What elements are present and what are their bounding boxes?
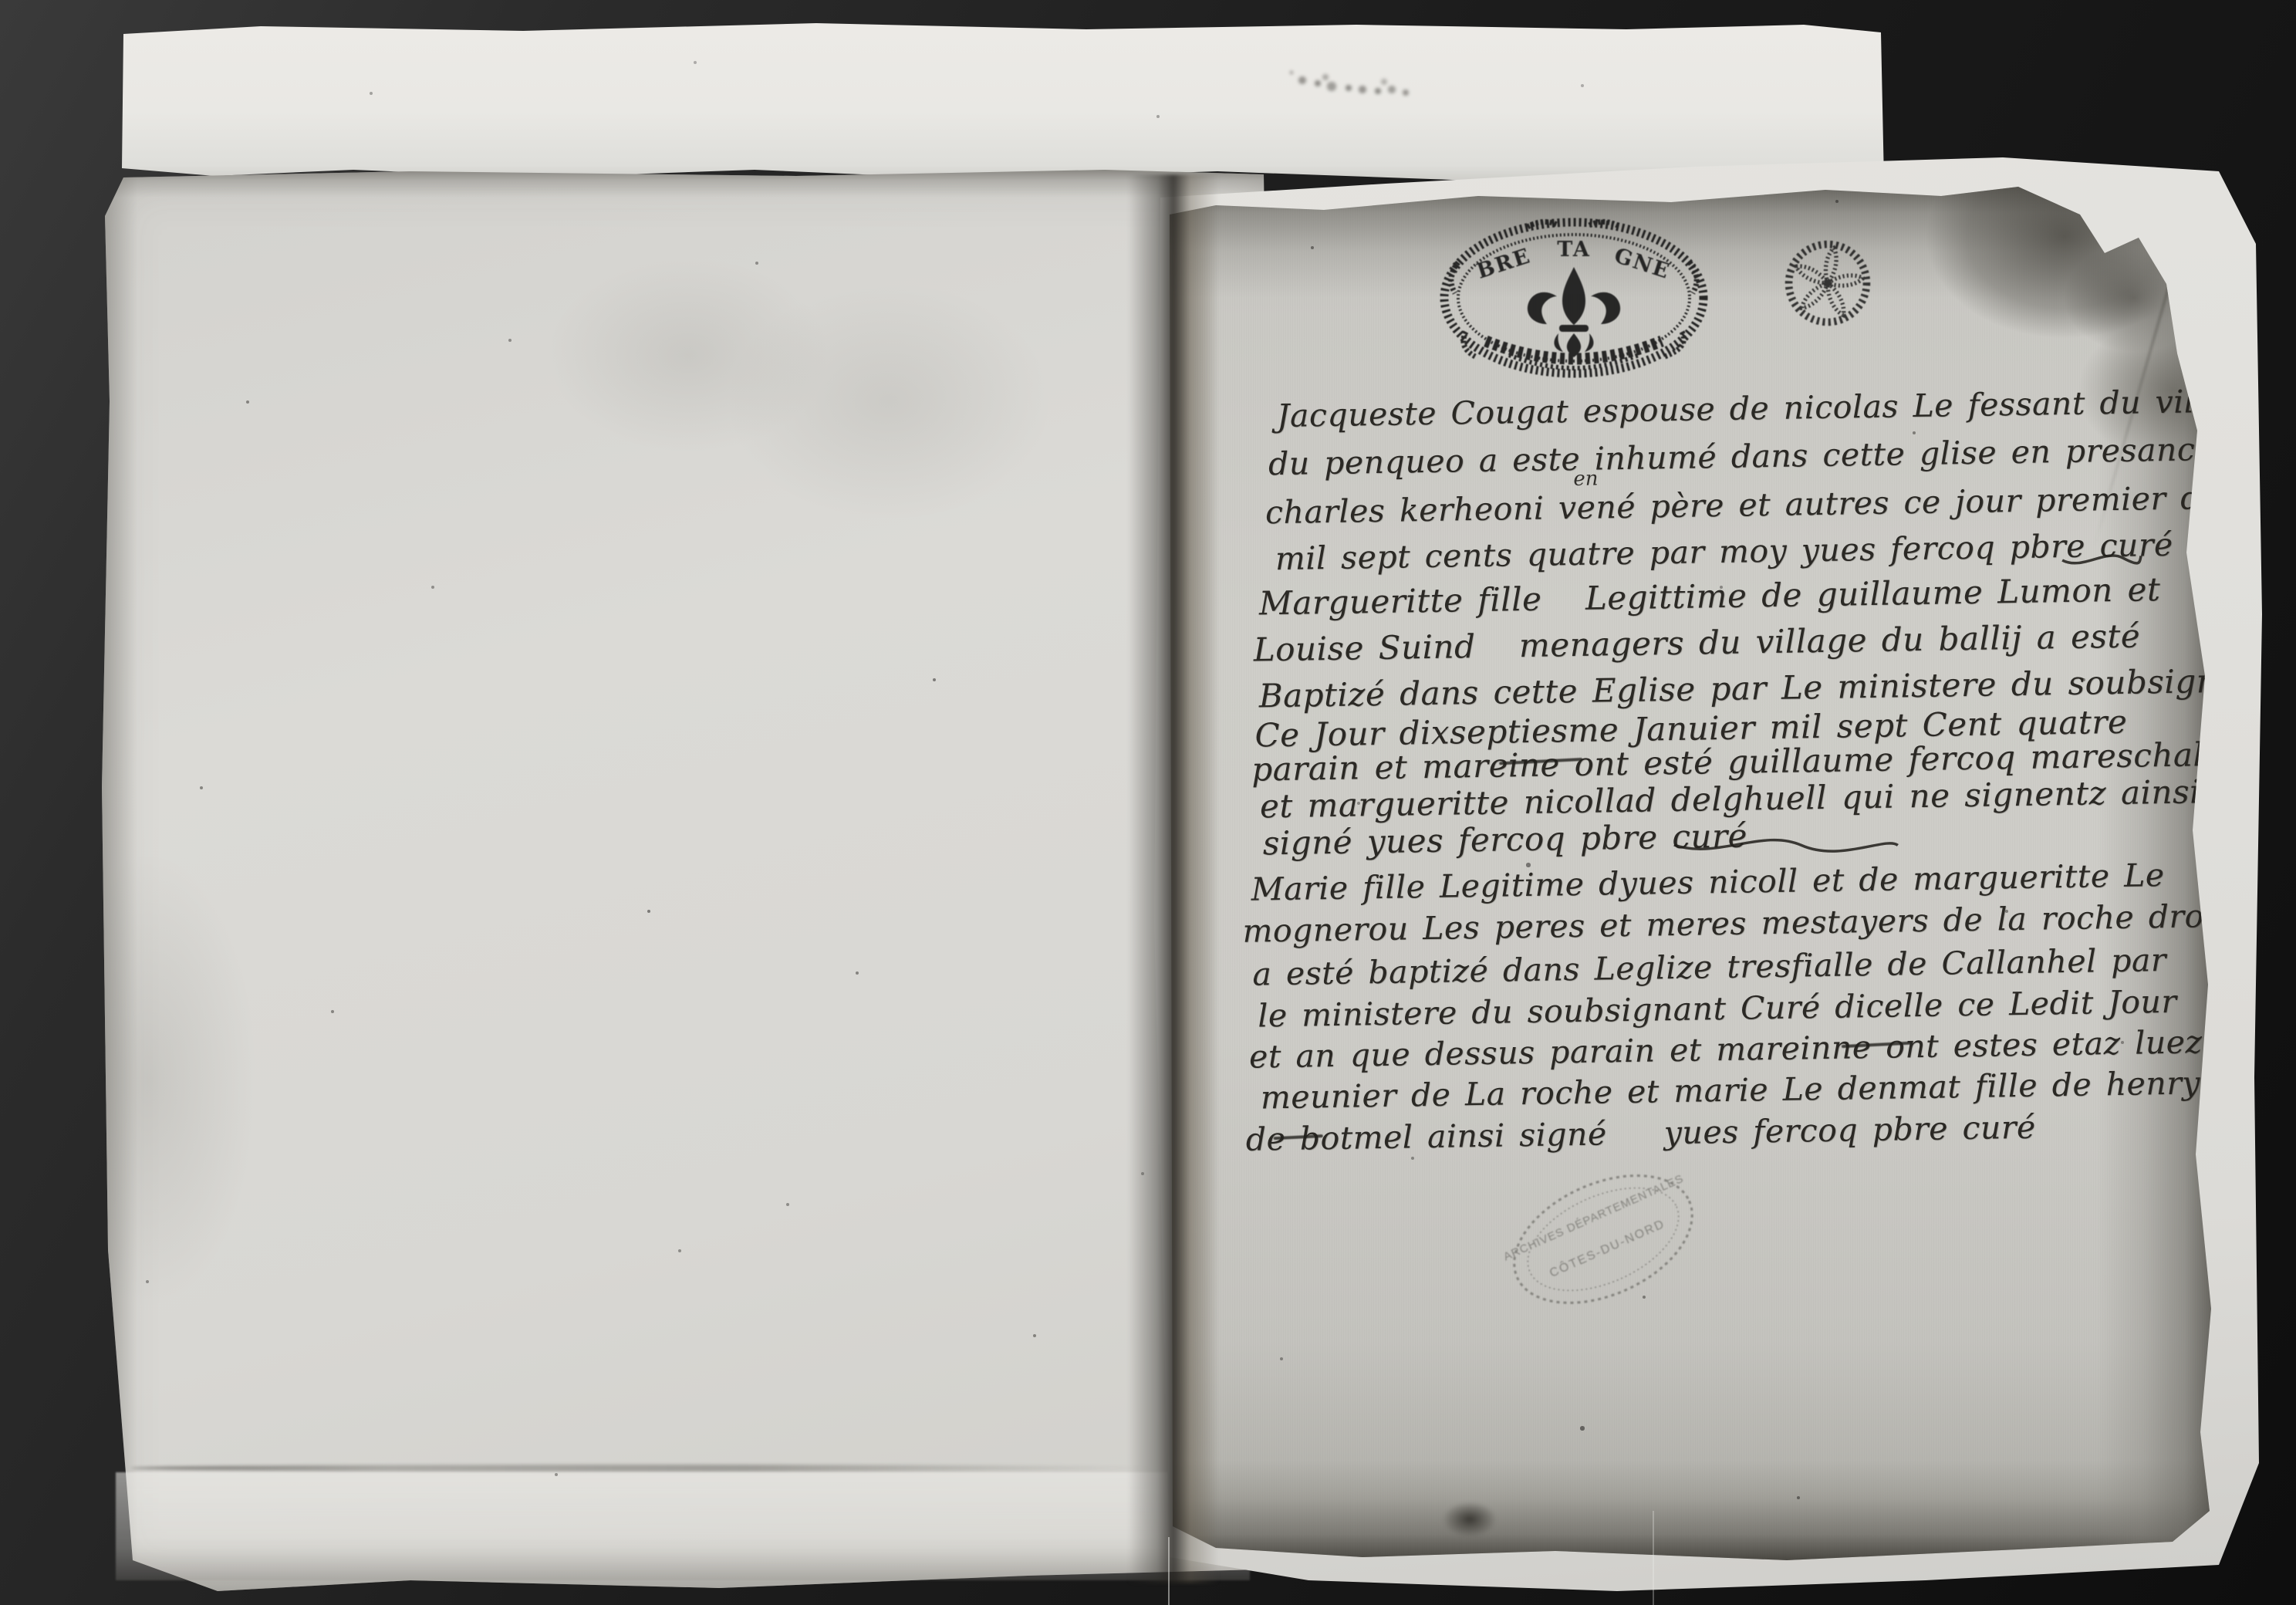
faint-pencil-smudge [1290,71,1293,74]
scan-scratch-artifact [1168,1537,1170,1605]
right-manuscript-page: BRE TA GNE [1170,182,2220,1560]
pen-flourish [1670,822,1902,864]
manuscript-line: Louise Suind menagers du village du ball… [1253,617,2140,668]
handwritten-records: Jacqueste Cougat espouse de nicolas Le f… [1166,167,2238,1562]
underlying-sheet-top-edge [122,22,1884,185]
scanned-register-spread: BRE TA GNE [0,0,2296,1605]
dust-speckles [0,0,2,2]
pen-flourish [2059,543,2145,573]
manuscript-line: charles kerheoni vené père et autres ce … [1265,478,2285,532]
left-blank-page [102,170,1268,1591]
left-page-bottom-edge [116,1472,1250,1580]
manuscript-line: Margueritte fille Legittime de guillaume… [1258,570,2160,622]
manuscript-line: mil sept cents quatre par moy yues ferco… [1275,526,2174,577]
manuscript-line: de botmel ainsi signé yues fercoq pbre c… [1245,1109,2036,1158]
manuscript-line: du penqueo a este inhumé dans cette glis… [1268,430,2269,482]
left-page-crease [131,1465,1157,1472]
manuscript-line: Jacqueste Cougat espouse de nicolas Le f… [1277,382,2254,434]
binding-gutter-shadow [1128,174,1219,1583]
scan-scratch-artifact [1653,1511,1654,1605]
superscript-insertion: en [1573,467,1599,491]
ink-blot [1443,1502,1497,1537]
